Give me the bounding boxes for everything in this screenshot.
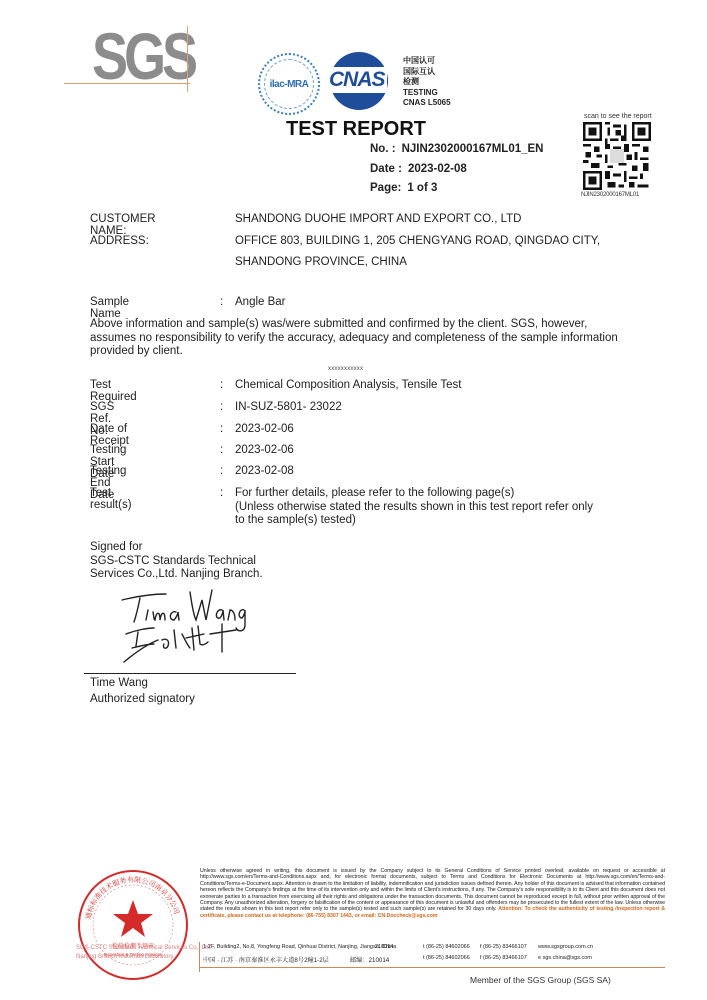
detail-value: Chemical Composition Analysis, Tensile T… <box>235 379 462 391</box>
zip-cn: 邮编：210014 <box>350 955 389 964</box>
report-page: Page:1 of 3 <box>370 182 437 194</box>
address-line-1: OFFICE 803, BUILDING 1, 205 CHENGYANG RO… <box>235 235 600 247</box>
signature-line <box>84 673 296 674</box>
cnas-accreditation-text: 中国认可 国际互认 检测 TESTING CNAS L5065 <box>403 56 451 109</box>
colon: : <box>220 465 223 477</box>
handwritten-signature <box>118 588 248 668</box>
signatory-title: Authorized signatory <box>90 693 195 705</box>
colon: : <box>220 487 223 499</box>
customer-name-label: CUSTOMER NAME: <box>90 213 156 237</box>
signed-for-line: SGS-CSTC Standards Technical <box>90 555 263 569</box>
cnas-logo: CNAS <box>330 52 388 110</box>
cnas-line: TESTING <box>403 88 451 99</box>
zip-en: 210014 <box>375 944 393 950</box>
stamp-caption-line: Nanjing Branch Materials Laboratory <box>76 953 212 962</box>
stamp-caption-line: SGS-CSTC Standards Technical Services Co… <box>76 944 212 953</box>
fax: f (86-25) 83466107 <box>480 955 527 961</box>
result-note: (Unless otherwise stated the results sho… <box>235 501 593 513</box>
detail-value: 2023-02-08 <box>235 465 294 477</box>
stamp-caption: SGS-CSTC Standards Technical Services Co… <box>76 944 212 962</box>
footer-divider <box>200 967 665 968</box>
detail-value: 2023-02-06 <box>235 423 294 435</box>
logo-divider-vertical <box>187 26 188 92</box>
cnas-line: 检测 <box>403 77 451 88</box>
signed-for-line: Services Co.,Ltd. Nanjing Branch. <box>90 568 263 582</box>
sample-disclaimer: Above information and sample(s) was/were… <box>90 318 630 359</box>
report-page-label: Page: <box>370 182 401 194</box>
colon: : <box>220 401 223 413</box>
section-separator: xxxxxxxxxxx <box>328 366 363 372</box>
sample-name-value: Angle Bar <box>235 296 286 308</box>
report-page-value: 1 of 3 <box>407 182 437 194</box>
result-note: to the sample(s) tested) <box>235 514 356 526</box>
cnas-line: 国际互认 <box>403 67 451 78</box>
report-title: TEST REPORT <box>286 118 426 141</box>
sgs-logo: SGS <box>92 26 194 86</box>
report-date-label: Date : <box>370 163 402 175</box>
colon: : <box>220 444 223 456</box>
detail-value: For further details, please refer to the… <box>235 487 514 499</box>
sgs-member-note: Member of the SGS Group (SGS SA) <box>470 975 611 985</box>
signed-for-block: Signed for SGS-CSTC Standards Technical … <box>90 541 263 582</box>
cnas-line: 中国认可 <box>403 56 451 67</box>
report-number: No. :NJIN2302000167ML01_EN <box>370 143 544 155</box>
qr-report-id: NJIN2302000167ML01 <box>581 192 639 198</box>
address-en: 1-2F, Building2, No.8, Yongfeng Road, Qi… <box>203 944 396 950</box>
sample-name-label: Sample Name <box>90 296 129 320</box>
address-label: ADDRESS: <box>90 235 149 247</box>
website-link[interactable]: www.sgsgroup.com.cn <box>538 944 593 950</box>
ilac-text: ilac-MRA <box>270 79 309 90</box>
cnas-line: CNAS L5065 <box>403 98 451 109</box>
report-number-value: NJIN2302000167ML01_EN <box>402 143 544 155</box>
colon: : <box>220 379 223 391</box>
signed-for-line: Signed for <box>90 541 263 555</box>
cnas-text: CNAS <box>327 67 387 93</box>
legal-disclaimer: Unless otherwise agreed in writing, this… <box>200 868 665 919</box>
logo-divider <box>64 83 190 84</box>
qr-caption: scan to see the report <box>584 113 652 120</box>
qr-code[interactable] <box>583 122 651 190</box>
telephone: t (86-25) 84602066 <box>423 944 470 950</box>
report-date-value: 2023-02-08 <box>408 163 467 175</box>
colon: : <box>220 423 223 435</box>
report-date: Date :2023-02-08 <box>370 163 467 175</box>
colon: : <box>220 296 223 308</box>
detail-label: Test Required <box>90 379 137 403</box>
detail-value: 2023-02-06 <box>235 444 294 456</box>
telephone: t (86-25) 84602066 <box>423 955 470 961</box>
official-stamp: 通标标准技术服务有限公司南京分公司 检验检测专用章 Inspection & T… <box>76 868 190 982</box>
signatory-name: Time Wang <box>90 677 148 689</box>
ilac-mra-logo: ilac-MRA <box>258 53 320 115</box>
email-link[interactable]: e sgs.china@sgs.com <box>538 955 592 961</box>
detail-value: IN-SUZ-5801- 23022 <box>235 401 342 413</box>
address-line-2: SHANDONG PROVINCE, CHINA <box>235 256 407 268</box>
detail-label: Test result(s) <box>90 487 132 511</box>
customer-name-value: SHANDONG DUOHE IMPORT AND EXPORT CO., LT… <box>235 213 521 225</box>
fax: f (86-25) 83466107 <box>480 944 527 950</box>
address-cn: 中国 · 江苏 · 南京秦淮区永丰大道8号2幢1-2层 <box>203 955 329 964</box>
report-number-label: No. : <box>370 143 396 155</box>
